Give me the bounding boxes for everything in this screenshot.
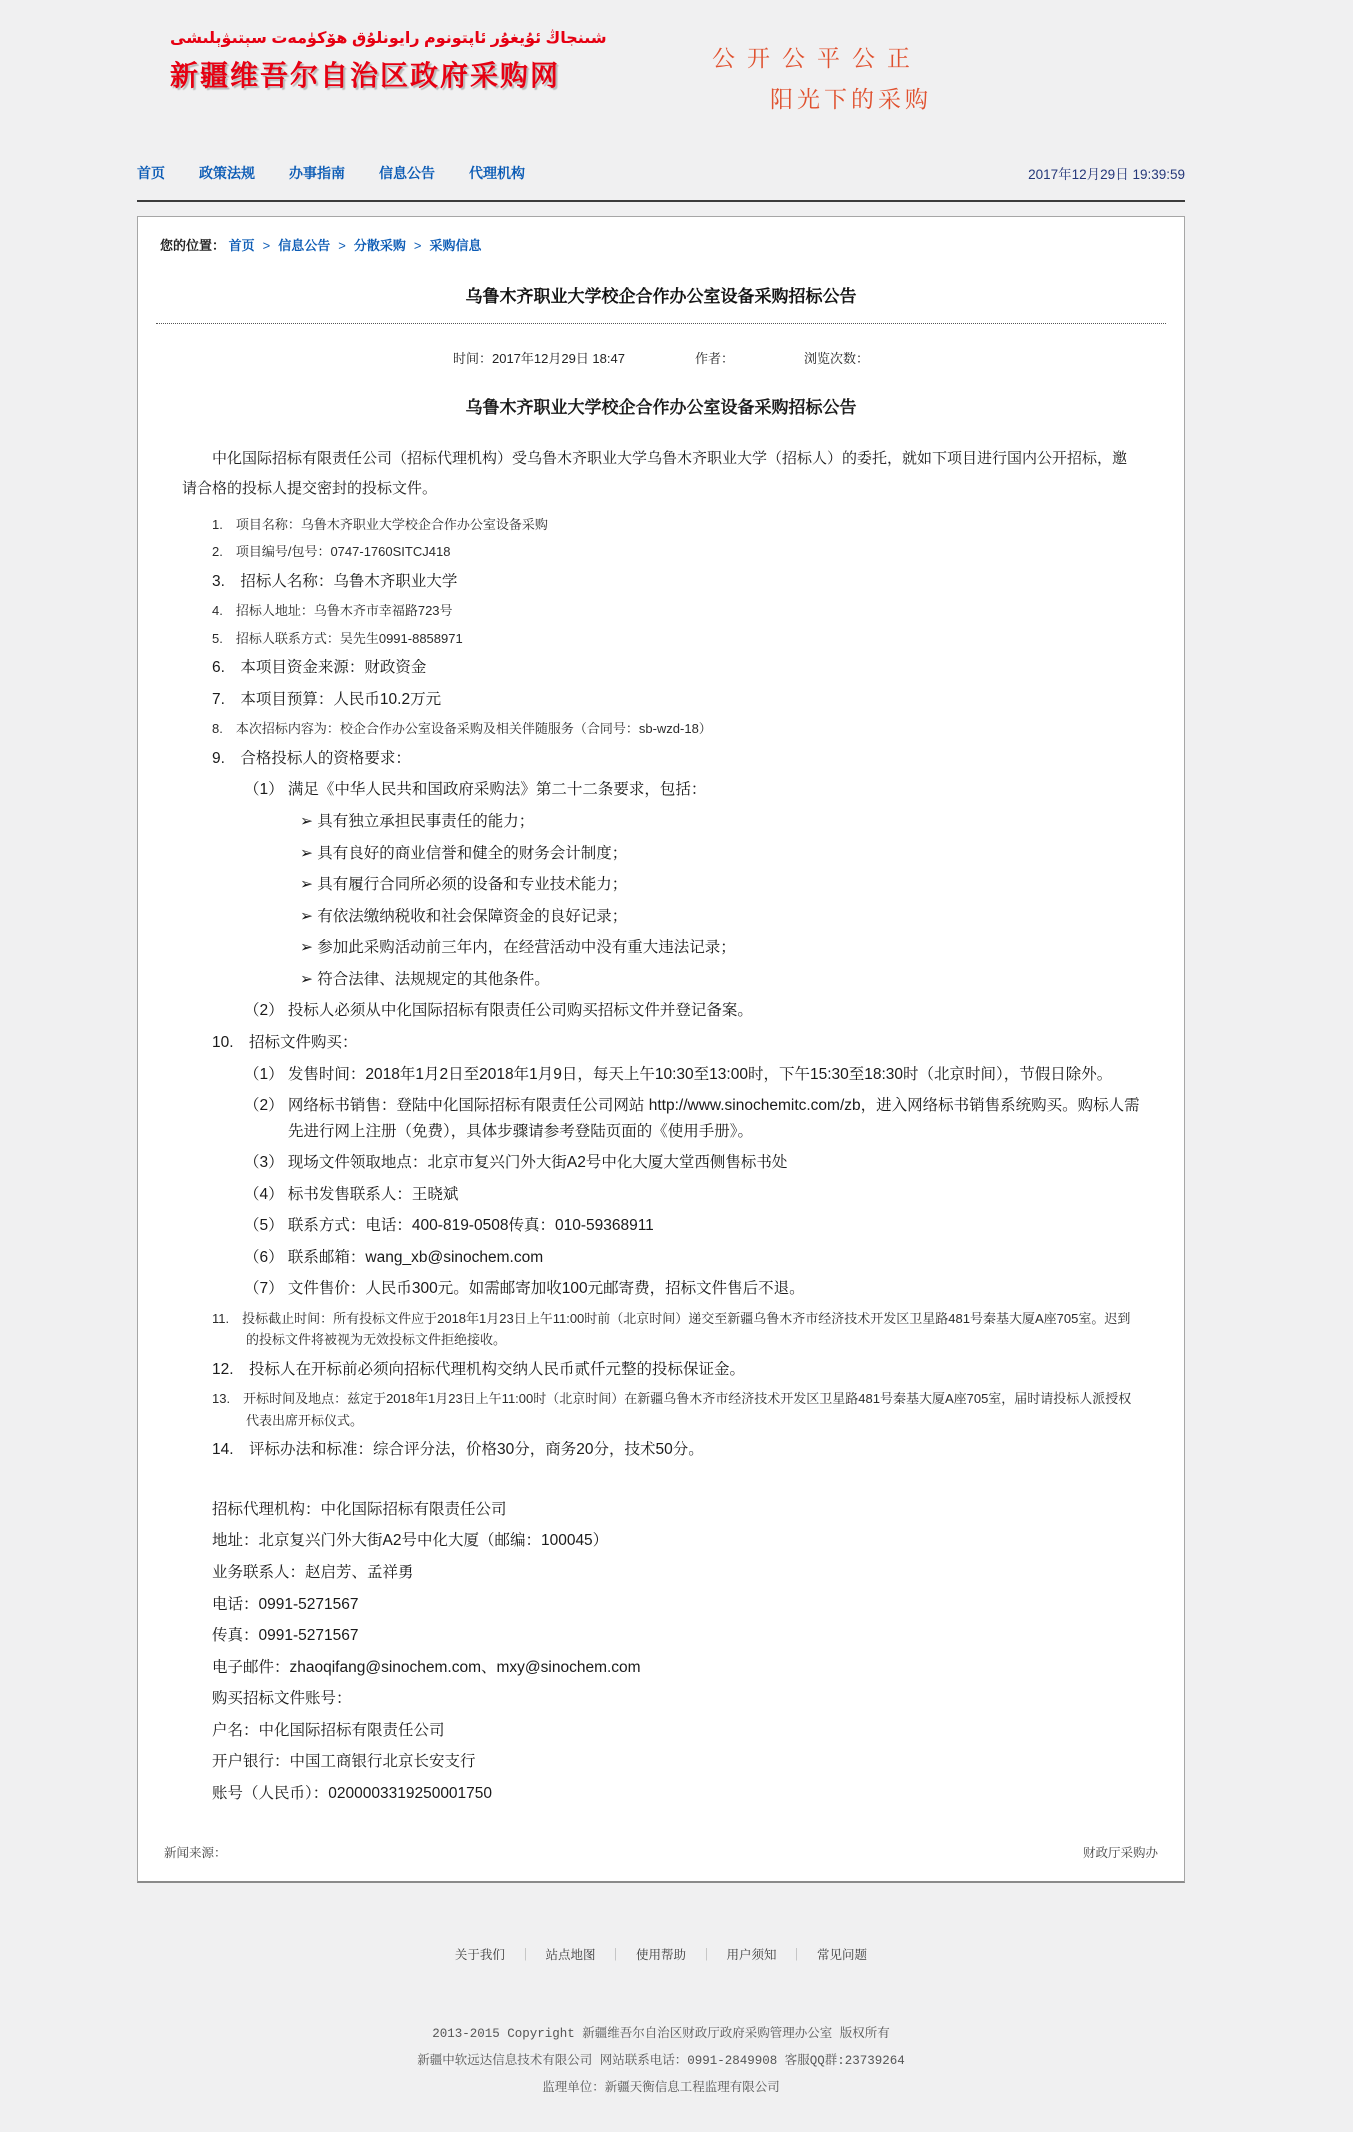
article-line: 2. 项目编号/包号：0747-1760SITCJ418 [182, 541, 1140, 562]
article-line: （1） 满足《中华人民共和国政府采购法》第二十二条要求，包括： [182, 777, 1140, 803]
article-line: 5. 招标人联系方式：吴先生0991-8858971 [182, 628, 1140, 649]
footer-link-separator: ｜ [519, 1945, 532, 1963]
main-nav-row: 首页政策法规办事指南信息公告代理机构 2017年12月29日 19:39:59 [137, 160, 1185, 186]
nav-link-0[interactable]: 首页 [137, 163, 165, 183]
news-source-label: 新闻来源： [164, 1843, 227, 1861]
article-intro: 中化国际招标有限责任公司（招标代理机构）受乌鲁木齐职业大学乌鲁木齐职业大学（招标… [182, 444, 1140, 504]
article-line: 户名：中化国际招标有限责任公司 [182, 1718, 1140, 1744]
meta-author: 作者： [695, 348, 734, 367]
footer-link-4[interactable]: 常见问题 [817, 1945, 867, 1963]
slogan-line-1: 公开公平公正 [712, 40, 932, 73]
footer-link-1[interactable]: 站点地图 [545, 1945, 595, 1963]
page-title: 乌鲁木齐职业大学校企合作办公室设备采购招标公告 [138, 282, 1184, 307]
breadcrumb-link-3[interactable]: 采购信息 [429, 238, 481, 253]
breadcrumb-separator: > [263, 238, 271, 253]
site-slogan: 公开公平公正 阳光下的采购 [712, 40, 932, 114]
meta-time: 时间：2017年12月29日 18:47 [453, 348, 625, 367]
article-line: （7） 文件售价：人民币300元。如需邮寄加收100元邮寄费，招标文件售后不退。 [182, 1276, 1140, 1302]
article-line: （3） 现场文件领取地点：北京市复兴门外大街A2号中化大厦大堂西侧售标书处 [182, 1150, 1140, 1176]
article-line: 招标代理机构：中化国际招标有限责任公司 [182, 1497, 1140, 1523]
article-line: 10. 招标文件购买： [182, 1030, 1140, 1056]
source-row: 新闻来源： 财政厅采购办 [138, 1813, 1184, 1865]
nav-link-3[interactable]: 信息公告 [379, 163, 435, 183]
article-line: 4. 招标人地址：乌鲁木齐市幸福路723号 [182, 600, 1140, 621]
nav-link-2[interactable]: 办事指南 [289, 163, 345, 183]
footer-link-separator: ｜ [791, 1945, 804, 1963]
article-line: ➢ 有依法缴纳税收和社会保障资金的良好记录； [182, 904, 1140, 930]
copyright-line: 2013-2015 Copyright 新疆维吾尔自治区财政厅政府采购管理办公室… [137, 2021, 1185, 2048]
article-line: （2） 投标人必须从中化国际招标有限责任公司购买招标文件并登记备案。 [182, 998, 1140, 1024]
article-line: 账号（人民币）：0200003319250001750 [182, 1781, 1140, 1807]
article-spacer [182, 1469, 1140, 1491]
slogan-line-2: 阳光下的采购 [770, 81, 932, 114]
article-line: 13. 开标时间及地点：兹定于2018年1月23日上午11:00时（北京时间）在… [182, 1388, 1140, 1431]
article-line: 传真：0991-5271567 [182, 1623, 1140, 1649]
article-lines: 1. 项目名称：乌鲁木齐职业大学校企合作办公室设备采购2. 项目编号/包号：07… [182, 514, 1140, 1807]
article-line: 8. 本次招标内容为：校企合作办公室设备采购及相关伴随服务（合同号：sb-wzd… [182, 718, 1140, 739]
article-line: 电子邮件：zhaoqifang@sinochem.com、mxy@sinoche… [182, 1655, 1140, 1681]
article-line: 地址：北京复兴门外大街A2号中化大厦（邮编：100045） [182, 1528, 1140, 1554]
breadcrumb-link-2[interactable]: 分散采购 [354, 238, 406, 253]
article-line: ➢ 具有良好的商业信誉和健全的财务会计制度； [182, 841, 1140, 867]
current-datetime: 2017年12月29日 19:39:59 [1028, 163, 1185, 183]
copyright-block: 2013-2015 Copyright 新疆维吾尔自治区财政厅政府采购管理办公室… [137, 2021, 1185, 2132]
copyright-line: 新疆中软远达信息技术有限公司 网站联系电话：0991-2849908 客服QQ群… [137, 2048, 1185, 2075]
footer-link-0[interactable]: 关于我们 [455, 1945, 505, 1963]
article-line: 6. 本项目资金来源：财政资金 [182, 655, 1140, 681]
article-line: ➢ 参加此采购活动前三年内，在经营活动中没有重大违法记录； [182, 935, 1140, 961]
article-heading: 乌鲁木齐职业大学校企合作办公室设备采购招标公告 [182, 393, 1140, 418]
site-name-uyghur: شىنجاڭ ئۇيغۇر ئاپتونوم رايونلۇق ھۆكۈمەت … [170, 28, 607, 48]
article-line: 14. 评标办法和标准：综合评分法，价格30分，商务20分，技术50分。 [182, 1437, 1140, 1463]
meta-views: 浏览次数： [804, 348, 869, 367]
article-line: （6） 联系邮箱：wang_xb@sinochem.com [182, 1245, 1140, 1271]
breadcrumb: 您的位置： 首页>信息公告>分散采购>采购信息 [138, 231, 1184, 264]
footer-link-3[interactable]: 用户须知 [727, 1945, 777, 1963]
nav-link-4[interactable]: 代理机构 [469, 163, 525, 183]
footer-link-2[interactable]: 使用帮助 [636, 1945, 686, 1963]
site-name-chinese: 新疆维吾尔自治区政府采购网 [170, 54, 607, 94]
article-line: 开户银行：中国工商银行北京长安支行 [182, 1749, 1140, 1775]
article-line: （4） 标书发售联系人：王晓斌 [182, 1182, 1140, 1208]
footer-links: 关于我们｜站点地图｜使用帮助｜用户须知｜常见问题 [137, 1945, 1185, 1963]
footer-link-separator: ｜ [700, 1945, 713, 1963]
article-line: （5） 联系方式：电话：400-819-0508传真：010-59368911 [182, 1213, 1140, 1239]
article-line: 12. 投标人在开标前必须向招标代理机构交纳人民币贰仟元整的投标保证金。 [182, 1357, 1140, 1383]
article-line: ➢ 具有独立承担民事责任的能力； [182, 809, 1140, 835]
department-label: 财政厅采购办 [1083, 1843, 1158, 1861]
article-line: 11. 投标截止时间：所有投标文件应于2018年1月23日上午11:00时前（北… [182, 1308, 1140, 1351]
breadcrumb-link-0[interactable]: 首页 [229, 238, 255, 253]
article-line: 7. 本项目预算：人民币10.2万元 [182, 687, 1140, 713]
article-line: 购买招标文件账号： [182, 1686, 1140, 1712]
article-line: （2） 网络标书销售：登陆中化国际招标有限责任公司网站 http://www.s… [182, 1093, 1140, 1144]
header-divider [137, 200, 1185, 202]
breadcrumb-separator: > [414, 238, 422, 253]
article-line: 电话：0991-5271567 [182, 1592, 1140, 1618]
article-line: 9. 合格投标人的资格要求： [182, 746, 1140, 772]
copyright-line: 监理单位：新疆天衡信息工程监理有限公司 [137, 2075, 1185, 2102]
article-line: ➢ 符合法律、法规规定的其他条件。 [182, 967, 1140, 993]
article-line: （1） 发售时间：2018年1月2日至2018年1月9日，每天上午10:30至1… [182, 1062, 1140, 1088]
article-meta: 时间：2017年12月29日 18:47 作者： 浏览次数： [138, 348, 1184, 367]
breadcrumb-label: 您的位置： [160, 238, 225, 253]
site-header: شىنجاڭ ئۇيغۇر ئاپتونوم رايونلۇق ھۆكۈمەت … [0, 0, 1353, 160]
article-body: 乌鲁木齐职业大学校企合作办公室设备采购招标公告 中化国际招标有限责任公司（招标代… [138, 393, 1184, 1813]
title-divider [156, 323, 1166, 324]
site-logo: شىنجاڭ ئۇيغۇر ئاپتونوم رايونلۇق ھۆكۈمەت … [170, 28, 607, 94]
content-panel: 您的位置： 首页>信息公告>分散采购>采购信息 乌鲁木齐职业大学校企合作办公室设… [137, 216, 1185, 1883]
article-line: 1. 项目名称：乌鲁木齐职业大学校企合作办公室设备采购 [182, 514, 1140, 535]
breadcrumb-links: 首页>信息公告>分散采购>采购信息 [229, 238, 482, 253]
footer-link-separator: ｜ [609, 1945, 622, 1963]
article-line: 业务联系人：赵启芳、孟祥勇 [182, 1560, 1140, 1586]
breadcrumb-separator: > [338, 238, 346, 253]
article-line: 3. 招标人名称：乌鲁木齐职业大学 [182, 569, 1140, 595]
main-nav: 首页政策法规办事指南信息公告代理机构 [137, 163, 525, 183]
nav-link-1[interactable]: 政策法规 [199, 163, 255, 183]
breadcrumb-link-1[interactable]: 信息公告 [278, 238, 330, 253]
article-line: ➢ 具有履行合同所必须的设备和专业技术能力； [182, 872, 1140, 898]
